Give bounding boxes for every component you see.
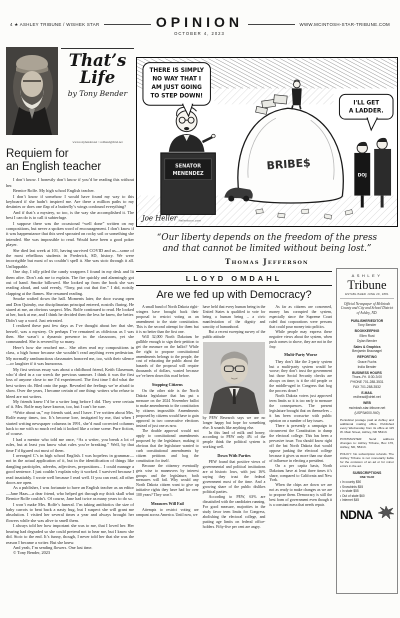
man-on-sack [292,80,302,109]
article-paragraph: But a recent sweeping survey of the publ… [203,330,266,340]
article-paragraph: On a per capita basis, North Dakotans ha… [269,464,332,484]
staff-name: India Bender [340,365,394,370]
website-url: WWW.MCINTOSH-STAR-TRIBUNE.COM [300,22,391,27]
newspaper-opinion-page: 4 ★ ASHLEY TRIBUNE / WISHEK STAR OPINION… [0,0,400,618]
article-paragraph: They don’t like the 2-party system but a… [269,360,332,395]
ndna-logo-burst-icon [378,506,394,519]
fax-line: FAX 701-288-3532 [340,385,394,390]
issue-date: OCTOBER 4, 2023 [156,31,243,36]
omdahl-headline: Are we fed up with Democracy? [136,289,332,301]
author-contact-line: www.tonybender.net ~ redhead@drtel.net [61,140,134,144]
article-paragraph: The double approval would not apply to c… [136,429,199,464]
cartoon-drawing: BRIBE$ [137,58,397,226]
requiem-article-body: I don’t know. I honestly don’t know if y… [6,177,134,555]
subscriptions-subtitle: ONE YEAR [340,475,394,479]
article-paragraph: I always told her how important she was … [6,523,134,545]
article-paragraph: PEW found that positive views of governm… [203,460,266,495]
column-byline: by Tony Bender [61,89,134,98]
article-paragraph: by PEW Research says we are no longer ha… [203,416,266,431]
jefferson-quote: “Our liberty depends on the freedom of t… [136,233,398,266]
bubble-right-line2: A LADDER. [349,109,384,115]
policy-notice: POLICY: No subscription refunds. The Ash… [340,452,394,468]
thats-life-rule [61,48,134,49]
subhead-measures-will-fail: Measures Will Fail [136,501,199,506]
article-paragraph: One day, I idly piled the candy wrappers… [6,269,134,296]
article-paragraph: According to PEW, 63% are dissatisfied w… [203,495,266,530]
headline-line2: an English teacher [6,161,134,174]
cartoonist-signature: Joe Heller [140,214,178,222]
staff-name: Tony Bender [340,323,394,328]
staff-name: Dylan Bender [340,339,394,344]
editorial-cartoon: BRIBE$ [136,57,398,227]
masthead-paper-name: Tribune [340,279,394,292]
quote-attribution: Thomas Jefferson [136,257,398,266]
postmaster-notice: POSTMASTER: Send address changes to: Ash… [340,437,394,449]
thats-life-masthead: That’s Life by Tony Bender [6,44,134,139]
article-paragraph: Will 32,000 North Dakotans be gullible e… [136,335,199,380]
article-paragraph: Because the citizenry eventually gets wi… [136,464,199,499]
article-paragraph: Smoke wafted down the hall. Moments late… [6,296,134,323]
article-paragraph: I don’t know. I honestly don’t know if y… [6,177,134,188]
omdahl-column-1: A small band of North Dakota right-winge… [136,305,199,530]
article-paragraph: I suppose there was the occasional “well… [6,221,134,248]
podium: SENATOR MENENDEZ [161,153,216,215]
staff-name: Benjamin Braunagel [340,349,394,354]
ndna-logo: NDNA [340,506,394,520]
article-paragraph: While people may express these negative … [269,330,332,350]
left-column: That’s Life by Tony Bender www.tonybende… [6,44,134,556]
header-rule-right [248,24,294,25]
section-title: OPINION [156,15,243,29]
article-paragraph: have held that every human being in the … [203,305,266,330]
article-paragraph: She died last week at 101, having surviv… [6,248,134,270]
article-paragraph: My first serious essay was about a child… [6,367,134,399]
omdahl-article: LLOYD OMDAHL Are we fed up with Democrac… [136,271,332,530]
article-paragraph: As a publisher, I was fortunate to have … [6,485,134,501]
subhead-stopping-citizens: Stopping Citizens [136,382,199,387]
tony-bender-photo [6,47,58,135]
header-rule-left [104,24,150,25]
article-paragraph: I had a mentor who told me once, “As a w… [6,437,134,453]
email-value: redhead@drtel.net [340,395,394,400]
omdahl-byline: LLOYD OMDAHL [136,271,332,286]
subhead-down-with-parties: Down With Parties [203,453,266,458]
bubble-right-line1: I'LL GET [353,100,379,106]
quote-line2: and that cannot be limited without being… [136,244,398,255]
doj-label: DOJ [358,173,367,179]
masthead-official-newspaper: Official Newspaper of McIntosh County an… [340,302,394,316]
article-paragraph: I don’t know if somehow I would have fou… [6,194,134,210]
page-header: 4 ★ ASHLEY TRIBUNE / WISHEK STAR OPINION… [10,15,390,36]
column-title-line2: Life [61,69,134,86]
bubble-left-line2: NO WAY THAT I [152,76,201,82]
article-paragraph: And if that’s a mystery, so too, is the … [6,210,134,221]
article-paragraph: On the other side is the North Dakota le… [136,389,199,429]
article-paragraph: A small band of North Dakota right-winge… [136,305,199,335]
column-title-line1: That’s [61,52,134,69]
bubble-left-line1: THERE IS SIMPLY [149,68,204,74]
podium-label-line1: SENATOR [175,163,201,169]
article-paragraph: In this land of milk and honey, accordin… [203,431,266,451]
article-paragraph: Attempts to restrict voting are rampant … [136,508,199,518]
article-paragraph: “Write about us,” my friends said, and I… [6,410,134,437]
lloyd-omdahl-photo [203,342,266,414]
postage-notice: Periodical postage paid at Ashley and ad… [340,418,394,434]
bubble-left-line4: TO STEP DOWN! [150,93,202,99]
bubble-left-line3: AM JUST GOING [152,85,203,91]
cartoonist-website: hellertoon.com [179,218,201,222]
article-paragraph: When the chips are down we are not as re… [269,483,332,508]
usps-number: (USPS#000-940) [340,411,394,416]
section-header: OPINION OCTOBER 4, 2023 [156,15,243,36]
podium-label-line2: MENENDEZ [173,171,204,177]
quote-line1: “Our liberty depends on the freedom of t… [136,233,398,244]
article-paragraph: There is presently a campaign to circumv… [269,424,332,464]
headline-line1: Requiem for [6,148,134,161]
ndna-logo-text: NDNA [340,508,373,522]
article-paragraph: I realized these past few days as I’ve t… [6,323,134,345]
masthead-established: ESTABLISHED JUNE 29, 1881 [340,293,394,299]
article-paragraph: Here’s how she reached me... She often r… [6,345,134,367]
article-paragraph: I won’t make Mrs. Rolfe’s funeral. I’m t… [6,502,134,524]
subscription-rate: • Internet $45 [340,498,394,502]
article-copyright: © Tony Bender, 2023 [6,550,134,555]
article-paragraph: My friends knew I’d be a writer long bef… [6,399,134,410]
subhead-multi-party-worse: Multi-Party Worse [269,352,332,357]
omdahl-column-3: As far as citizens are concerned, money … [269,305,332,530]
article-paragraph: I averaged C’s in high school English. I… [6,453,134,485]
masthead-box: ASHLEY Tribune ESTABLISHED JUNE 29, 1881… [336,268,398,594]
article-paragraph: North Dakota voters just approved term l… [269,394,332,424]
page-number-and-paper-label: 4 ★ ASHLEY TRIBUNE / WISHEK STAR [10,22,99,28]
omdahl-column-2: have held that every human being in the … [203,305,266,530]
article-paragraph: As far as citizens are concerned, money … [269,305,332,330]
article-headline: Requiem for an English teacher [6,148,134,173]
